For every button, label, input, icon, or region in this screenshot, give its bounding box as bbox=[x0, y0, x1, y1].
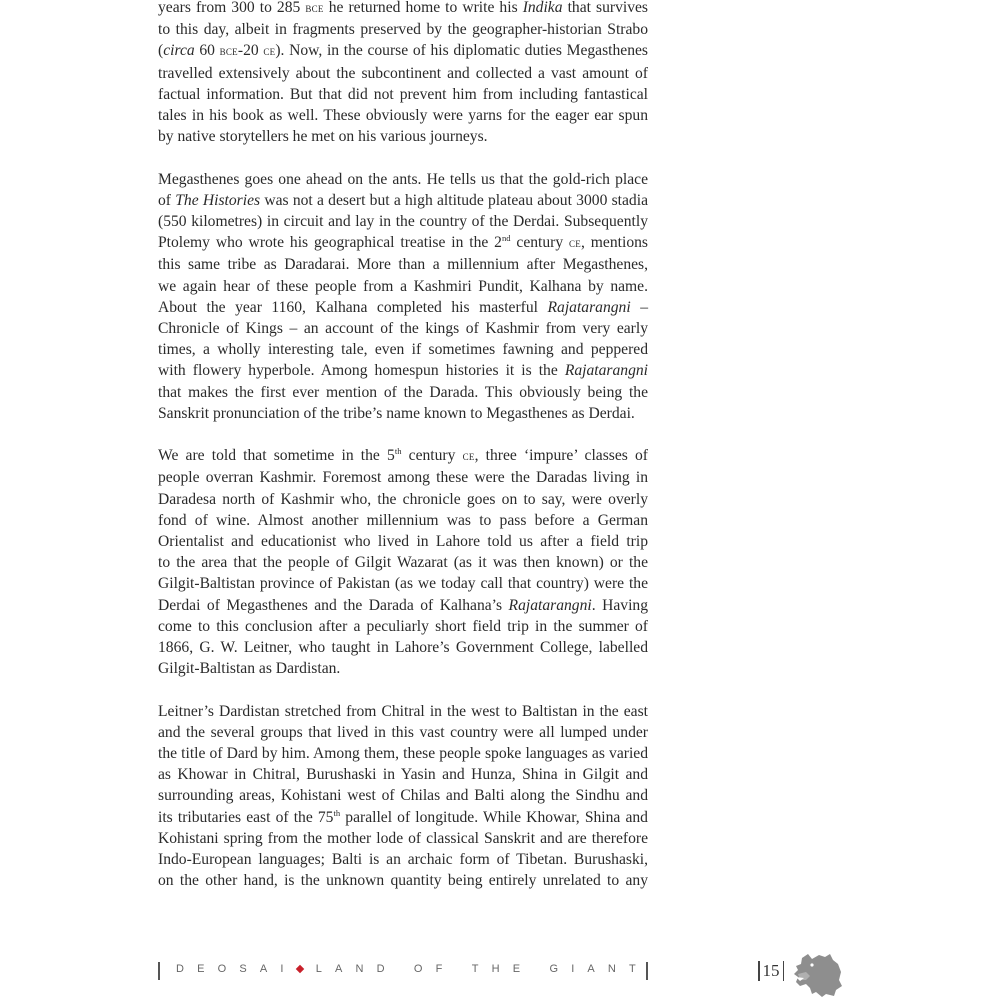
text-line: fond of wine. Almost another millennium … bbox=[158, 510, 648, 531]
footer-letter: N bbox=[355, 963, 363, 975]
paragraph: years from 300 to 285 BCE he returned ho… bbox=[158, 0, 648, 147]
text-line: Sanskrit pronunciation of the tribe’s na… bbox=[158, 403, 648, 424]
footer-letter: G bbox=[549, 963, 558, 975]
text-line: tales in his book as well. These obvious… bbox=[158, 105, 648, 126]
footer-title: DEOSAILAND OF THE GIANT bbox=[176, 963, 636, 975]
body-text: years from 300 to 285 BCE he returned ho… bbox=[158, 0, 648, 913]
footer-letter: O bbox=[218, 963, 227, 975]
text-line: Gilgit-Baltistan as Dardistan. bbox=[158, 658, 648, 679]
era-abbrev: CE bbox=[263, 44, 275, 58]
text-line: Daradesa north of Kashmir who, the chron… bbox=[158, 489, 648, 510]
text-line: factual information. But that did not pr… bbox=[158, 84, 648, 105]
footer-letter: D bbox=[377, 963, 385, 975]
page-number-right-rule bbox=[783, 961, 785, 981]
footer-letter bbox=[456, 963, 459, 975]
paragraph: Leitner’s Dardistan stretched from Chitr… bbox=[158, 701, 648, 892]
ordinal-suffix: th bbox=[395, 446, 402, 456]
text-line: travelled extensively about the subconti… bbox=[158, 63, 648, 84]
footer-letter bbox=[533, 963, 536, 975]
era-abbrev: BCE bbox=[305, 1, 323, 15]
text-line: people overran Kashmir. Foremost among t… bbox=[158, 467, 648, 488]
footer-letter: I bbox=[571, 963, 574, 975]
footer-letter: A bbox=[587, 963, 594, 975]
footer-letter: H bbox=[492, 963, 500, 975]
running-footer: DEOSAILAND OF THE GIANT bbox=[158, 960, 648, 982]
paragraph: Megasthenes goes one ahead on the ants. … bbox=[158, 169, 648, 424]
footer-letter bbox=[398, 963, 401, 975]
bear-head-icon bbox=[792, 950, 844, 998]
footer-letter: L bbox=[316, 963, 322, 975]
italic-title: circa bbox=[163, 42, 194, 59]
text-line: Leitner’s Dardistan stretched from Chitr… bbox=[158, 701, 648, 722]
text-line: 1866, G. W. Leitner, who taught in Lahor… bbox=[158, 637, 648, 658]
diamond-separator-icon bbox=[295, 965, 303, 973]
era-abbrev: CE bbox=[569, 236, 581, 250]
text-line: times, a wholly interesting tale, even i… bbox=[158, 339, 648, 360]
text-line: and the several groups that lived in thi… bbox=[158, 722, 648, 743]
text-line: this same tribe as Daradarai. More than … bbox=[158, 254, 648, 275]
text-line: (circa 60 BCE-20 CE). Now, in the course… bbox=[158, 40, 648, 62]
footer-left-rule bbox=[158, 962, 160, 980]
footer-letter: E bbox=[513, 963, 520, 975]
footer-letter: N bbox=[608, 963, 616, 975]
text-line: of The Histories was not a desert but a … bbox=[158, 190, 648, 211]
ordinal-suffix: th bbox=[333, 808, 340, 818]
text-line: with flowery hyperbole. Among homespun h… bbox=[158, 360, 648, 381]
ordinal-suffix: nd bbox=[502, 233, 511, 243]
text-line: by native storytellers he met on his var… bbox=[158, 126, 648, 147]
italic-title: The Histories bbox=[175, 192, 260, 209]
text-line: Chronicle of Kings – an account of the k… bbox=[158, 318, 648, 339]
text-line: its tributaries east of the 75th paralle… bbox=[158, 807, 648, 828]
footer-letter: T bbox=[629, 963, 636, 975]
text-line: Derdai of Megasthenes and the Darada of … bbox=[158, 595, 648, 616]
italic-title: Rajatarangni bbox=[509, 597, 592, 614]
text-line: About the year 1160, Kalhana completed h… bbox=[158, 297, 648, 318]
text-line: Ptolemy who wrote his geographical treat… bbox=[158, 232, 648, 254]
page-number: 15 bbox=[763, 961, 780, 981]
footer-right-rule bbox=[646, 962, 648, 980]
text-line: Gilgit-Baltistan province of Pakistan (a… bbox=[158, 573, 648, 594]
italic-title: Indika bbox=[523, 0, 563, 16]
page-number-left-rule bbox=[758, 961, 760, 981]
text-line: We are told that sometime in the 5th cen… bbox=[158, 445, 648, 467]
footer-letter: A bbox=[260, 963, 267, 975]
text-line: (550 kilometres) in circuit and lay in t… bbox=[158, 211, 648, 232]
era-abbrev: CE bbox=[463, 449, 475, 463]
italic-title: Rajatarangni bbox=[565, 362, 648, 379]
footer-letter: O bbox=[414, 963, 423, 975]
text-line: Indo-European languages; Balti is an arc… bbox=[158, 849, 648, 870]
paragraph: We are told that sometime in the 5th cen… bbox=[158, 445, 648, 679]
footer-letter: T bbox=[472, 963, 479, 975]
italic-title: Rajatarangni bbox=[548, 299, 631, 316]
footer-letter: A bbox=[335, 963, 342, 975]
text-line: Megasthenes goes one ahead on the ants. … bbox=[158, 169, 648, 190]
text-line: as Khowar in Chitral, Burushaski in Yasi… bbox=[158, 764, 648, 785]
footer-letter: S bbox=[239, 963, 246, 975]
text-line: the title of Dard by him. Among them, th… bbox=[158, 743, 648, 764]
text-line: Kohistani spring from the mother lode of… bbox=[158, 828, 648, 849]
text-line: come to this conclusion after a peculiar… bbox=[158, 616, 648, 637]
text-line: that makes the first ever mention of the… bbox=[158, 382, 648, 403]
text-line: to this day, albeit in fragments preserv… bbox=[158, 19, 648, 40]
text-line: years from 300 to 285 BCE he returned ho… bbox=[158, 0, 648, 19]
page-number-box: 15 bbox=[755, 958, 787, 984]
text-line: to the area that the people of Gilgit Wa… bbox=[158, 552, 648, 573]
footer-letter: F bbox=[436, 963, 443, 975]
text-line: Orientalist and educationist who lived i… bbox=[158, 531, 648, 552]
era-abbrev: BCE bbox=[220, 44, 238, 58]
footer-letter: E bbox=[197, 963, 204, 975]
footer-letter: D bbox=[176, 963, 184, 975]
text-line: surrounding areas, Kohistani west of Chi… bbox=[158, 785, 648, 806]
text-line: we again hear of these people from a Kas… bbox=[158, 276, 648, 297]
footer-letter: I bbox=[280, 963, 283, 975]
text-line: on the other hand, is the unknown quanti… bbox=[158, 870, 648, 891]
